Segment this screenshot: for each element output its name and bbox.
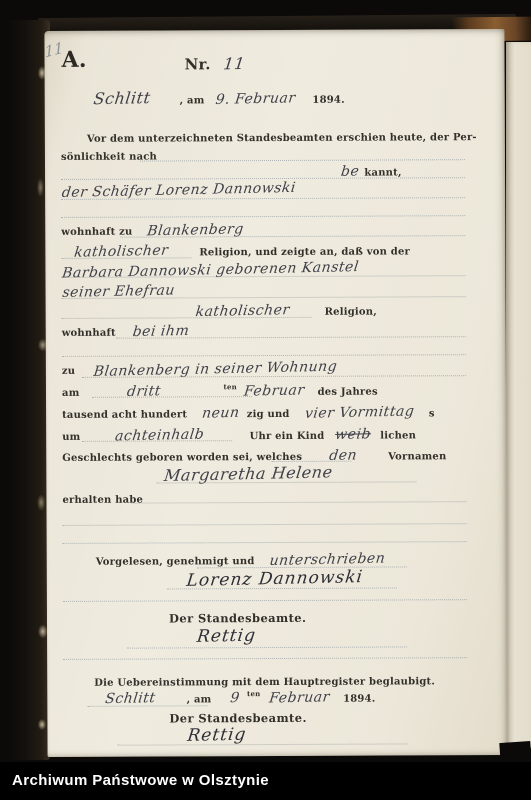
- ten-suffix: ten: [223, 382, 236, 391]
- child-names-row: Margaretha Helene: [164, 464, 332, 484]
- birthyear-row: tausend acht hundert neun zig und vier V…: [62, 401, 435, 422]
- registry-page: 11 A. Nr. 11 Schlitt , am 9. Februar 189…: [44, 29, 507, 757]
- gender-handwritten: weib: [334, 426, 372, 443]
- vorgelesen-printed: Vorgelesen, genehmigt und: [96, 556, 255, 568]
- religion2-printed: Religion,: [325, 307, 377, 318]
- ruled-line: [62, 354, 466, 357]
- declarant-signature-row: Lorenz Dannowski: [187, 569, 363, 590]
- registration-date-row: Schlitt , am 9. Februar 1894.: [94, 88, 345, 108]
- ruled-line: [131, 501, 466, 503]
- year-printed-2: zig und: [247, 409, 290, 420]
- am-label2: am: [62, 388, 80, 399]
- erhalten-row: erhalten habe: [62, 488, 143, 507]
- vornamen-printed: Vornamen: [388, 451, 446, 462]
- uhr-printed: Uhr ein Kind: [250, 431, 325, 442]
- form-header-row: A.: [61, 47, 86, 73]
- geschlechts-printed: Geschlechts geboren worden sei, welches: [62, 452, 302, 464]
- ruled-line: [63, 599, 467, 602]
- registrar-signature-row: Rettig: [197, 626, 256, 646]
- ruled-line: [167, 587, 397, 589]
- mother-name: Barbara Dannowski geborenen Kanstel: [61, 259, 360, 281]
- registration-place: Schlitt: [93, 88, 152, 108]
- ruled-line: [127, 646, 407, 648]
- registrar-title: Der Standesbeamte.: [169, 611, 306, 626]
- record-number-value: 11: [223, 54, 247, 73]
- registrar-signature2-row: Rettig: [187, 725, 246, 745]
- certification-date-row: Schlitt , am 9 ten Februar 1894.: [105, 687, 375, 707]
- gender-printed: lichen: [380, 430, 416, 441]
- intro-text-1: Vor dem unterzeichneten Standesbeamten e…: [87, 132, 477, 145]
- archive-watermark-bar: Archiwum Państwowe w Olsztynie: [0, 762, 531, 800]
- record-number-label: Nr.: [185, 55, 211, 73]
- erhalten-printed: erhalten habe: [62, 495, 143, 506]
- gender-line2-row: Geschlechts geboren worden sei, welches …: [62, 444, 446, 465]
- registrar-title-2: Der Standesbeamte.: [169, 711, 306, 726]
- ruled-line: [118, 743, 408, 745]
- registrar-title-row: Der Standesbeamte.: [169, 607, 307, 627]
- registrar-title2-row: Der Standesbeamte.: [169, 707, 307, 727]
- ruled-line: [63, 541, 467, 544]
- year-hw-1: neun: [201, 405, 240, 422]
- record-number-row: Nr. 11: [185, 54, 246, 73]
- um-label: um: [62, 432, 80, 443]
- certification-am: , am: [187, 694, 212, 705]
- des-jahres-label: des Jahres: [318, 387, 378, 398]
- certification-ten: ten: [247, 689, 260, 698]
- intro-line-1: Vor dem unterzeichneten Standesbeamten e…: [87, 125, 477, 146]
- registrar-signature-2: Rettig: [186, 725, 247, 746]
- religion1-printed: Religion, und zeigte an, daß von der: [199, 246, 410, 258]
- certification-month: Februar: [268, 689, 330, 706]
- certification-day: 9: [230, 690, 241, 706]
- archive-watermark-text: Archiwum Państwowe w Olsztynie: [12, 772, 269, 789]
- declarant-row: der Schäfer Lorenz Dannowski: [62, 179, 296, 199]
- ruled-line: [61, 215, 465, 218]
- ruled-line: [63, 523, 467, 526]
- year-printed-3: s: [429, 408, 435, 419]
- birth-time-value: achteinhalb: [114, 427, 205, 445]
- registration-year: 1894.: [312, 95, 344, 106]
- ruled-line: [140, 159, 465, 161]
- year-printed-1: tausend acht hundert: [62, 409, 187, 421]
- wohnhaft-label: wohnhaft: [62, 328, 116, 339]
- am-label: , am: [180, 95, 205, 106]
- ruled-line: [63, 657, 467, 660]
- zu-label: zu: [62, 366, 75, 377]
- ruled-line: [116, 336, 466, 339]
- ruled-line: [156, 481, 416, 483]
- registrar-signature: Rettig: [196, 626, 257, 647]
- year-hw-2: vier Vormittag: [304, 403, 415, 421]
- certification-year: 1894.: [343, 694, 375, 705]
- adjacent-page-edge: [506, 42, 531, 748]
- ruled-line: [120, 235, 465, 238]
- registration-date: 9. Februar: [215, 90, 297, 108]
- birth-month-value: Februar: [243, 382, 305, 399]
- birthplace-row: zu Blankenberg in seiner Wohnung: [62, 358, 338, 378]
- form-section-letter: A.: [61, 47, 86, 73]
